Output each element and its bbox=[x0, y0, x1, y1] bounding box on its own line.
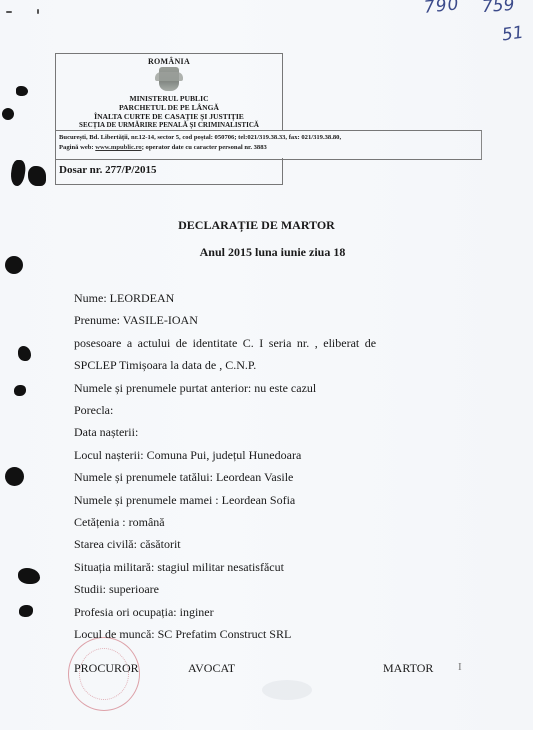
punch-hole-mark bbox=[9, 160, 28, 186]
signature-lawyer-label: AVOCAT bbox=[188, 661, 235, 676]
field-civil-status: Starea civilă: căsătorit bbox=[74, 537, 181, 551]
signature-prosecutor-label: PROCUROR bbox=[74, 661, 139, 676]
field-mother-name: Numele și prenumele mamei : Leordean Sof… bbox=[74, 493, 295, 507]
field-citizenship: Cetățenia : română bbox=[74, 515, 165, 529]
field-birth-place: Locul nașterii: Comuna Pui, județul Hune… bbox=[74, 448, 301, 462]
website-line: Pagină web: www.mpublic.ro; operator dat… bbox=[59, 143, 267, 152]
punch-hole-mark bbox=[19, 605, 33, 617]
document-title: DECLARAȚIE DE MARTOR bbox=[0, 218, 523, 233]
case-number-box: Dosar nr. 277/P/2015 bbox=[55, 158, 283, 185]
field-nume: Nume: LEORDEAN bbox=[74, 291, 174, 305]
punch-hole-mark bbox=[18, 346, 31, 361]
scan-speck bbox=[37, 9, 39, 14]
field-military-status: Situația militară: stagiul militar nesat… bbox=[74, 560, 284, 574]
handwritten-page-number: 51 bbox=[501, 23, 525, 46]
field-porecla: Porecla: bbox=[74, 403, 113, 417]
field-studies: Studii: superioare bbox=[74, 582, 159, 596]
coat-of-arms-icon bbox=[159, 67, 179, 91]
field-prenume: Prenume: VASILE-IOAN bbox=[74, 313, 198, 327]
institution-line: SECȚIA DE URMĂRIRE PENALĂ ȘI CRIMINALIST… bbox=[56, 121, 282, 130]
scan-speck bbox=[6, 11, 12, 13]
country-name: ROMÂNIA bbox=[56, 57, 282, 66]
website-suffix: ; operator date cu caracter personal nr.… bbox=[142, 144, 267, 151]
punch-hole-mark bbox=[18, 568, 40, 584]
website-link[interactable]: www.mpublic.ro bbox=[95, 144, 141, 151]
field-profession: Profesia ori ocupația: inginer bbox=[74, 605, 214, 619]
institution-address: București, Bd. Libertății, nr.12-14, sec… bbox=[55, 130, 482, 160]
website-label: Pagină web: bbox=[59, 144, 95, 151]
field-father-name: Numele și prenumele tatălui: Leordean Va… bbox=[74, 470, 293, 484]
field-birth-date: Data nașterii: bbox=[74, 425, 138, 439]
handwritten-page-number: 790 bbox=[423, 0, 460, 18]
punch-hole-mark bbox=[16, 86, 28, 96]
field-previous-name: Numele și prenumele purtat anterior: nu … bbox=[74, 381, 316, 395]
case-number: Dosar nr. 277/P/2015 bbox=[59, 164, 156, 176]
punch-hole-mark bbox=[14, 385, 26, 396]
field-id-document: posesoare a actului de identitate C. I s… bbox=[74, 336, 376, 350]
institution-line: PARCHETUL DE PE LÂNGĂ bbox=[56, 103, 282, 112]
scan-smudge bbox=[262, 680, 312, 700]
witness-signature-mark: I bbox=[458, 661, 462, 673]
field-issuer: SPCLEP Timișoara la data de , C.N.P. bbox=[74, 358, 256, 372]
handwritten-page-number: 759 bbox=[481, 0, 515, 17]
punch-hole-mark bbox=[2, 108, 14, 120]
scanned-document-page: 790 759 51 ROMÂNIA MINISTERUL PUBLIC PAR… bbox=[0, 0, 533, 730]
institution-line: MINISTERUL PUBLIC bbox=[56, 94, 282, 103]
institution-header: ROMÂNIA MINISTERUL PUBLIC PARCHETUL DE P… bbox=[55, 53, 283, 131]
field-workplace: Locul de muncă: SC Prefatim Construct SR… bbox=[74, 627, 291, 641]
institution-line: ÎNALTA CURTE DE CASAȚIE ȘI JUSTIȚIE bbox=[56, 112, 282, 121]
punch-hole-mark bbox=[28, 166, 46, 186]
signature-witness-label: MARTOR bbox=[383, 661, 433, 676]
punch-hole bbox=[5, 467, 24, 486]
address-line: București, Bd. Libertății, nr.12-14, sec… bbox=[59, 133, 341, 142]
document-date: Anul 2015 luna iunie ziua 18 bbox=[6, 245, 533, 260]
